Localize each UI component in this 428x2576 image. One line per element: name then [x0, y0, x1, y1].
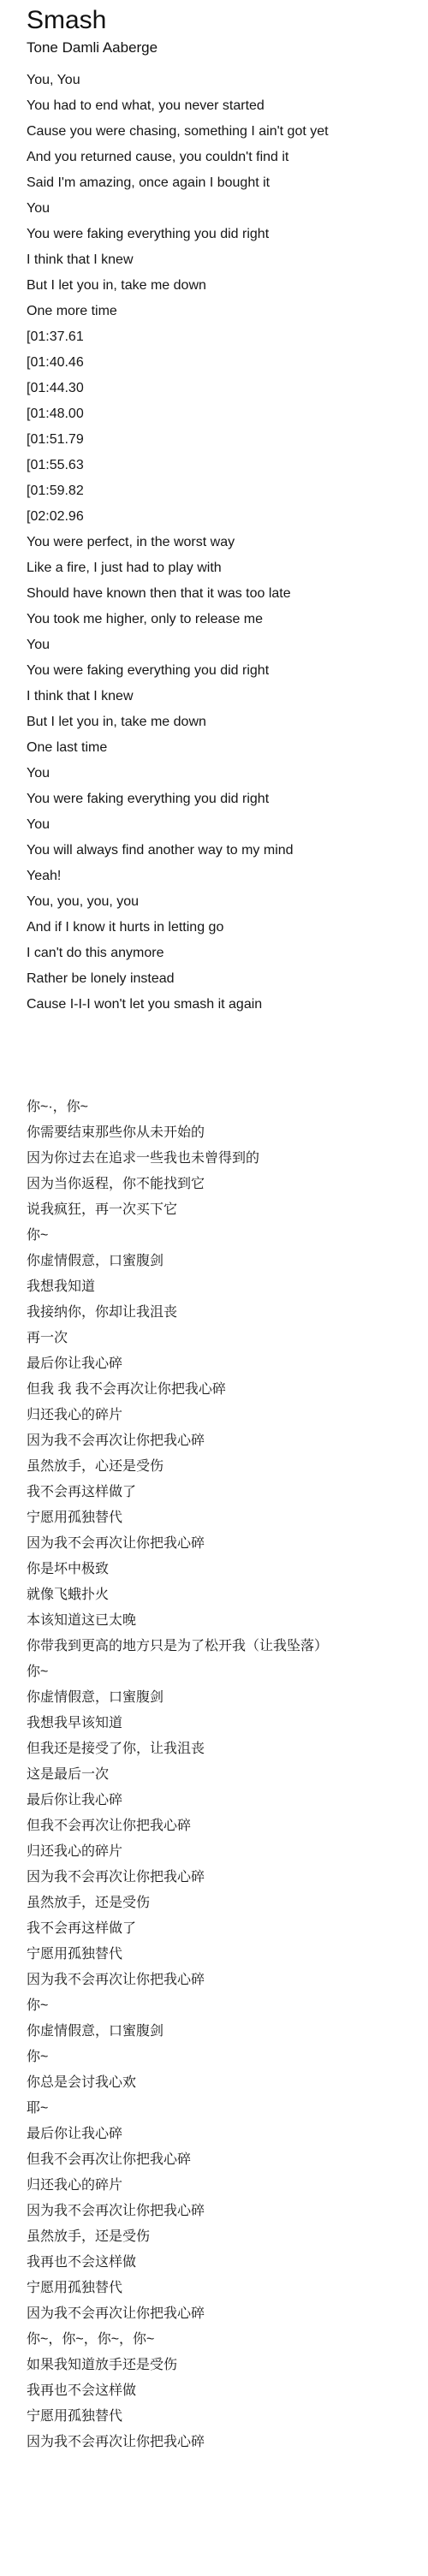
lyric-line: 你虚情假意，口蜜腹剑: [27, 1249, 419, 1274]
lyric-line: Yeah!: [27, 864, 419, 889]
lyric-line: [01:44.30: [27, 376, 419, 401]
lyric-line: 我想我早该知道: [27, 1711, 419, 1736]
lyric-line: 我再也不会这样做: [27, 2250, 419, 2276]
lyric-line: You: [27, 196, 419, 222]
lyric-line: I think that I knew: [27, 684, 419, 709]
artist-name: Tone Damli Aaberge: [27, 39, 419, 56]
lyric-line: 你~: [27, 2045, 419, 2070]
lyric-line: [01:40.46: [27, 350, 419, 376]
english-lyrics-section: You, YouYou had to end what, you never s…: [27, 68, 419, 1018]
lyric-line: And you returned cause, you couldn't fin…: [27, 145, 419, 170]
lyric-line: 因为我不会再次让你把我心碎: [27, 1968, 419, 1993]
lyric-line: 虽然放手，还是受伤: [27, 2224, 419, 2250]
lyric-line: 归还我心的碎片: [27, 1839, 419, 1865]
lyric-line: 这是最后一次: [27, 1762, 419, 1788]
lyrics-page: Smash Tone Damli Aaberge You, YouYou had…: [0, 0, 428, 2455]
lyric-line: 因为我不会再次让你把我心碎: [27, 1531, 419, 1557]
lyric-line: 因为我不会再次让你把我心碎: [27, 2301, 419, 2327]
lyric-line: 因为我不会再次让你把我心碎: [27, 1428, 419, 1454]
lyric-line: You, You: [27, 68, 419, 93]
lyric-line: 归还我心的碎片: [27, 1403, 419, 1428]
lyric-line: 最后你让我心碎: [27, 1788, 419, 1813]
lyric-line: 但我还是接受了你，让我沮丧: [27, 1736, 419, 1762]
lyric-line: [01:48.00: [27, 401, 419, 427]
lyric-line: Like a fire, I just had to play with: [27, 555, 419, 581]
lyric-line: 宁愿用孤独替代: [27, 1942, 419, 1968]
lyric-line: You were faking everything you did right: [27, 658, 419, 684]
lyric-line: You were perfect, in the worst way: [27, 530, 419, 555]
lyric-line: 再一次: [27, 1326, 419, 1351]
lyric-line: 因为我不会再次让你把我心碎: [27, 2430, 419, 2455]
lyric-line: Said I'm amazing, once again I bought it: [27, 170, 419, 196]
lyric-line: [01:37.61: [27, 324, 419, 350]
lyric-line: 但我 我 我不会再次让你把我心碎: [27, 1377, 419, 1403]
lyric-line: I can't do this anymore: [27, 941, 419, 966]
lyric-line: 你虚情假意，口蜜腹剑: [27, 2019, 419, 2045]
lyric-line: 你~，你~，你~，你~: [27, 2327, 419, 2353]
lyric-line: 就像飞蛾扑火: [27, 1582, 419, 1608]
lyric-line: 你是坏中极致: [27, 1557, 419, 1582]
lyric-line: 你虚情假意，口蜜腹剑: [27, 1685, 419, 1711]
lyric-line: 你~: [27, 1993, 419, 2019]
lyric-line: I think that I knew: [27, 247, 419, 273]
lyric-line: You, you, you, you: [27, 889, 419, 915]
lyric-line: 但我不会再次让你把我心碎: [27, 2147, 419, 2173]
lyric-line: You took me higher, only to release me: [27, 607, 419, 632]
lyric-line: 因为当你返程，你不能找到它: [27, 1172, 419, 1197]
lyric-line: 宁愿用孤独替代: [27, 2404, 419, 2430]
lyric-line: 因为你过去在追求一些我也未曾得到的: [27, 1146, 419, 1172]
lyric-line: 虽然放手，心还是受伤: [27, 1454, 419, 1480]
lyric-line: 但我不会再次让你把我心碎: [27, 1813, 419, 1839]
lyric-line: 如果我知道放手还是受伤: [27, 2353, 419, 2378]
lyric-line: You will always find another way to my m…: [27, 838, 419, 864]
lyric-line: 我接纳你，你却让我沮丧: [27, 1300, 419, 1326]
lyric-line: But I let you in, take me down: [27, 273, 419, 299]
lyric-line: 我不会再这样做了: [27, 1480, 419, 1505]
lyric-line: 因为我不会再次让你把我心碎: [27, 2199, 419, 2224]
lyric-line: Cause I-I-I won't let you smash it again: [27, 992, 419, 1018]
lyric-line: 宁愿用孤独替代: [27, 1505, 419, 1531]
lyric-line: 因为我不会再次让你把我心碎: [27, 1865, 419, 1890]
lyric-line: 你~: [27, 1223, 419, 1249]
lyric-line: But I let you in, take me down: [27, 709, 419, 735]
lyric-line: You: [27, 632, 419, 658]
chinese-lyrics-section: 你~·，你~你需要结束那些你从未开始的因为你过去在追求一些我也未曾得到的因为当你…: [27, 1095, 419, 2455]
lyric-line: 归还我心的碎片: [27, 2173, 419, 2199]
lyric-line: One more time: [27, 299, 419, 324]
lyric-line: 你需要结束那些你从未开始的: [27, 1120, 419, 1146]
lyric-line: 我再也不会这样做: [27, 2378, 419, 2404]
lyric-line: 你总是会讨我心欢: [27, 2070, 419, 2096]
lyric-line: Should have known then that it was too l…: [27, 581, 419, 607]
lyric-line: [02:02.96: [27, 504, 419, 530]
lyric-line: 宁愿用孤独替代: [27, 2276, 419, 2301]
lyric-line: 最后你让我心碎: [27, 2122, 419, 2147]
lyric-line: 本该知道这已太晚: [27, 1608, 419, 1634]
lyric-line: You were faking everything you did right: [27, 222, 419, 247]
lyric-line: 你~·，你~: [27, 1095, 419, 1120]
lyric-line: [01:59.82: [27, 478, 419, 504]
lyric-line: [01:55.63: [27, 453, 419, 478]
lyric-line: 耶~: [27, 2096, 419, 2122]
lyric-line: 说我疯狂，再一次买下它: [27, 1197, 419, 1223]
lyric-line: You: [27, 812, 419, 838]
lyric-line: 最后你让我心碎: [27, 1351, 419, 1377]
lyric-line: And if I know it hurts in letting go: [27, 915, 419, 941]
lyric-line: Cause you were chasing, something I ain'…: [27, 119, 419, 145]
song-title: Smash: [27, 5, 419, 36]
lyric-line: You were faking everything you did right: [27, 786, 419, 812]
lyric-line: Rather be lonely instead: [27, 966, 419, 992]
lyric-line: 我想我知道: [27, 1274, 419, 1300]
lyric-line: You: [27, 761, 419, 786]
lyric-line: You had to end what, you never started: [27, 93, 419, 119]
lyric-line: 你~: [27, 1659, 419, 1685]
lyric-line: [01:51.79: [27, 427, 419, 453]
lyric-line: 你带我到更高的地方只是为了松开我（让我坠落）: [27, 1634, 419, 1659]
lyric-line: One last time: [27, 735, 419, 761]
lyric-line: 我不会再这样做了: [27, 1916, 419, 1942]
lyric-line: 虽然放手，还是受伤: [27, 1890, 419, 1916]
